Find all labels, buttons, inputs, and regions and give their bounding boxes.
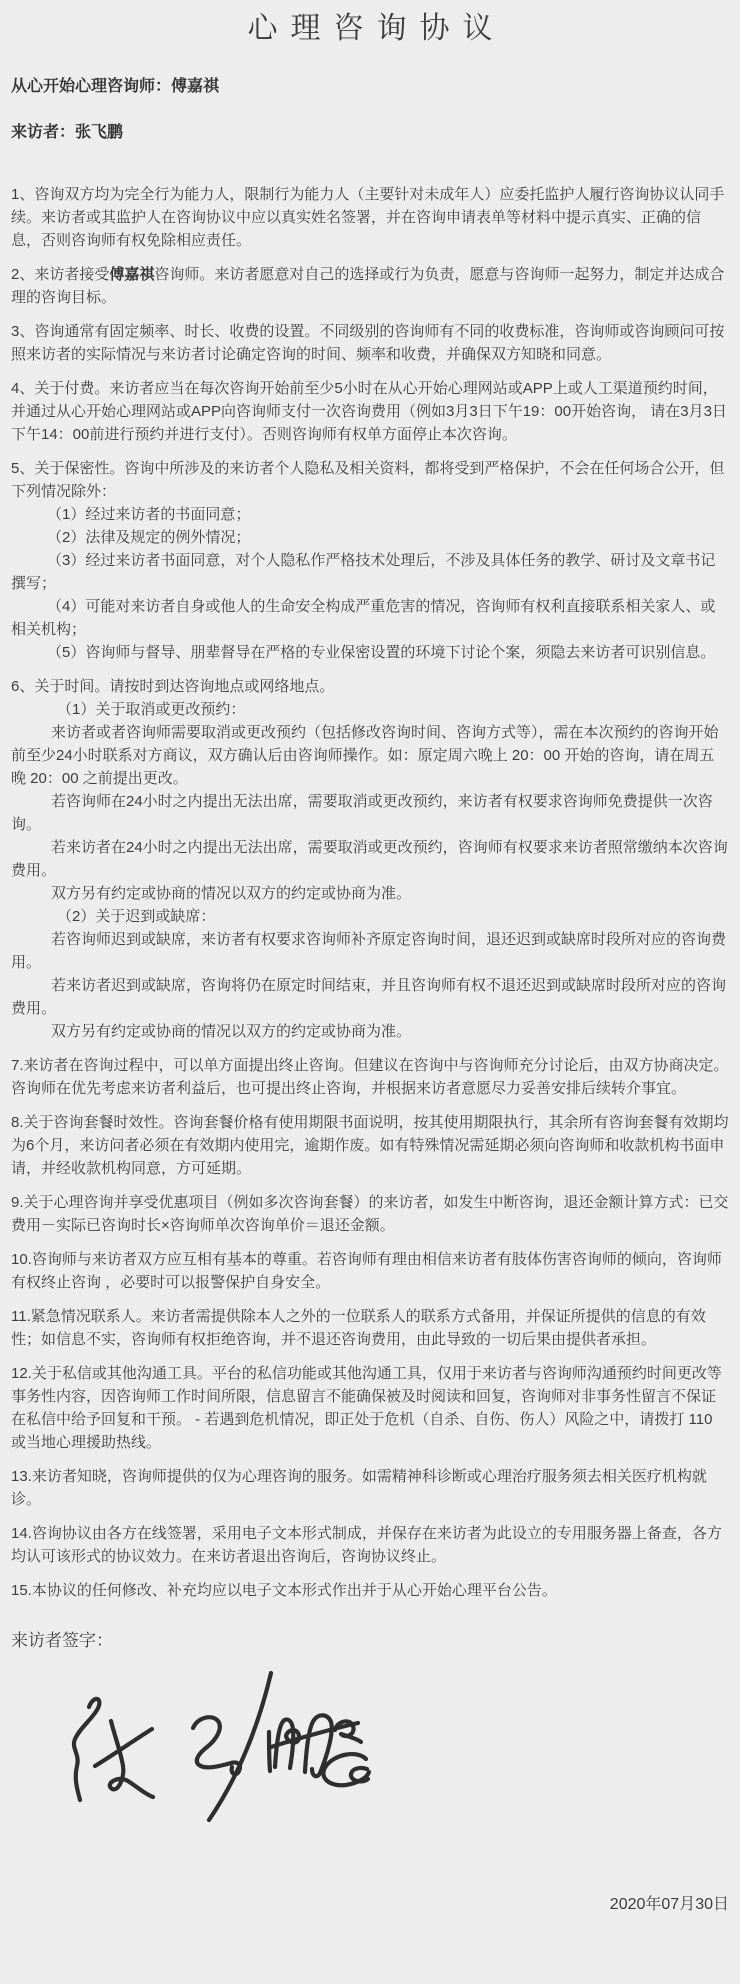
clause-line: 8.关于咨询套餐时效性。咨询套餐价格有使用期限书面说明，按其使用期限执行，其余所… (11, 1111, 729, 1180)
clause-paragraph: 7.来访者在咨询过程中，可以单方面提出终止咨询。但建议在咨询中与咨询师充分讨论后… (11, 1054, 729, 1100)
clause-paragraph: 5、关于保密性。咨询中所涉及的来访者个人隐私及相关资料，都将受到严格保护，不会在… (11, 457, 729, 664)
clause-line: 双方另有约定或协商的情况以双方的约定或协商为准。 (11, 882, 729, 905)
handwritten-signature-scrawl-icon (59, 1667, 389, 1839)
clause-line: 双方另有约定或协商的情况以双方的约定或协商为准。 (11, 1020, 729, 1043)
clause-line: （5）咨询师与督导、朋辈督导在严格的专业保密设置的环境下讨论个案，须隐去来访者可… (11, 641, 729, 664)
clause-paragraph: 14.咨询协议由各方在线签署，采用电子文本形式制成，并保存在来访者为此设立的专用… (11, 1522, 729, 1568)
signature-label: 来访者签字： (11, 1629, 729, 1653)
clause-line: 2、来访者接受傅嘉祺咨询师。来访者愿意对自己的选择或行为负责，愿意与咨询师一起努… (11, 263, 729, 309)
clause-paragraph: 12.关于私信或其他沟通工具。平台的私信功能或其他沟通工具，仅用于来访者与咨询师… (11, 1362, 729, 1454)
counselor-line: 从心开始心理咨询师：傅嘉祺 (11, 76, 729, 98)
clause-paragraph: 8.关于咨询套餐时效性。咨询套餐价格有使用期限书面说明，按其使用期限执行，其余所… (11, 1111, 729, 1180)
clause-line: 若来访者迟到或缺席，咨询将仍在原定时间结束，并且咨询师有权不退还迟到或缺席时段所… (11, 974, 729, 1020)
clause-line: （2）法律及规定的例外情况； (11, 526, 729, 549)
clause-line: 10.咨询师与来访者双方应互相有基本的尊重。若咨询师有理由相信来访者有肢体伤害咨… (11, 1248, 729, 1294)
clause-line: （1）经过来访者的书面同意； (11, 503, 729, 526)
clause-line: 4、关于付费。来访者应当在每次咨询开始前至少5小时在从心开始心理网站或APP上或… (11, 377, 729, 446)
clause-line: 3、咨询通常有固定频率、时长、收费的设置。不同级别的咨询师有不同的收费标准，咨询… (11, 320, 729, 366)
clause-paragraph: 6、关于时间。请按时到达咨询地点或网络地点。（1）关于取消或更改预约：来访者或者… (11, 675, 729, 1043)
signature-date: 2020年07月30日 (610, 1896, 729, 1913)
clause-line: 13.来访者知晓，咨询师提供的仅为心理咨询的服务。如需精神科诊断或心理治疗服务须… (11, 1465, 729, 1511)
clause-line: 若来访者在24小时之内提出无法出席，需要取消或更改预约，咨询师有权要求来访者照常… (11, 836, 729, 882)
clause-line: 5、关于保密性。咨询中所涉及的来访者个人隐私及相关资料，都将受到严格保护，不会在… (11, 457, 729, 503)
counselor-name-emphasis: 傅嘉祺 (109, 266, 154, 283)
clause-line: 来访者或者咨询师需要取消或更改预约（包括修改咨询时间、咨询方式等），需在本次预约… (11, 721, 729, 790)
clause-text: 2、来访者接受 (11, 266, 109, 283)
clause-line: 11.紧急情况联系人。来访者需提供除本人之外的一位联系人的联系方式备用，并保证所… (11, 1305, 729, 1351)
clauses-container: 1、咨询双方均为完全行为能力人，限制行为能力人（主要针对未成年人）应委托监护人履… (11, 172, 729, 1613)
visitor-signature (59, 1667, 389, 1839)
clause-paragraph: 9.关于心理咨询并享受优惠项目（例如多次咨询套餐）的来访者，如发生中断咨询，退还… (11, 1191, 729, 1237)
clause-line: 14.咨询协议由各方在线签署，采用电子文本形式制成，并保存在来访者为此设立的专用… (11, 1522, 729, 1568)
clause-paragraph: 10.咨询师与来访者双方应互相有基本的尊重。若咨询师有理由相信来访者有肢体伤害咨… (11, 1248, 729, 1294)
clause-line: 若咨询师在24小时之内提出无法出席，需要取消或更改预约，来访者有权要求咨询师免费… (11, 790, 729, 836)
clause-paragraph: 3、咨询通常有固定频率、时长、收费的设置。不同级别的咨询师有不同的收费标准，咨询… (11, 320, 729, 366)
clause-line: 若咨询师迟到或缺席，来访者有权要求咨询师补齐原定咨询时间，退还迟到或缺席时段所对… (11, 928, 729, 974)
clause-line: 1、咨询双方均为完全行为能力人，限制行为能力人（主要针对未成年人）应委托监护人履… (11, 183, 729, 252)
clause-line: （1）关于取消或更改预约： (11, 698, 729, 721)
clause-line: （2）关于迟到或缺席： (11, 905, 729, 928)
page-title: 心理咨询协议 (11, 10, 729, 48)
clause-line: （3）经过来访者书面同意，对个人隐私作严格技术处理后，不涉及具体任务的教学、研讨… (11, 549, 729, 595)
clause-line: （4）可能对来访者自身或他人的生命安全构成严重危害的情况，咨询师有权利直接联系相… (11, 595, 729, 641)
clause-line: 12.关于私信或其他沟通工具。平台的私信功能或其他沟通工具，仅用于来访者与咨询师… (11, 1362, 729, 1454)
clause-line: 7.来访者在咨询过程中，可以单方面提出终止咨询。但建议在咨询中与咨询师充分讨论后… (11, 1054, 729, 1100)
clause-paragraph: 2、来访者接受傅嘉祺咨询师。来访者愿意对自己的选择或行为负责，愿意与咨询师一起努… (11, 263, 729, 309)
visitor-line: 来访者：张飞鹏 (11, 122, 729, 144)
counseling-agreement-document: 心理咨询协议 从心开始心理咨询师：傅嘉祺 来访者：张飞鹏 1、咨询双方均为完全行… (0, 0, 740, 1984)
clause-paragraph: 4、关于付费。来访者应当在每次咨询开始前至少5小时在从心开始心理网站或APP上或… (11, 377, 729, 446)
clause-paragraph: 1、咨询双方均为完全行为能力人，限制行为能力人（主要针对未成年人）应委托监护人履… (11, 183, 729, 252)
date-row: 2020年07月30日 (11, 1839, 729, 1914)
clause-paragraph: 15.本协议的任何修改、补充均应以电子文本形式作出并于从心开始心理平台公告。 (11, 1579, 729, 1602)
clause-paragraph: 13.来访者知晓，咨询师提供的仅为心理咨询的服务。如需精神科诊断或心理治疗服务须… (11, 1465, 729, 1511)
clause-line: 15.本协议的任何修改、补充均应以电子文本形式作出并于从心开始心理平台公告。 (11, 1579, 729, 1602)
clause-line: 6、关于时间。请按时到达咨询地点或网络地点。 (11, 675, 729, 698)
clause-line: 9.关于心理咨询并享受优惠项目（例如多次咨询套餐）的来访者，如发生中断咨询，退还… (11, 1191, 729, 1237)
clause-paragraph: 11.紧急情况联系人。来访者需提供除本人之外的一位联系人的联系方式备用，并保证所… (11, 1305, 729, 1351)
